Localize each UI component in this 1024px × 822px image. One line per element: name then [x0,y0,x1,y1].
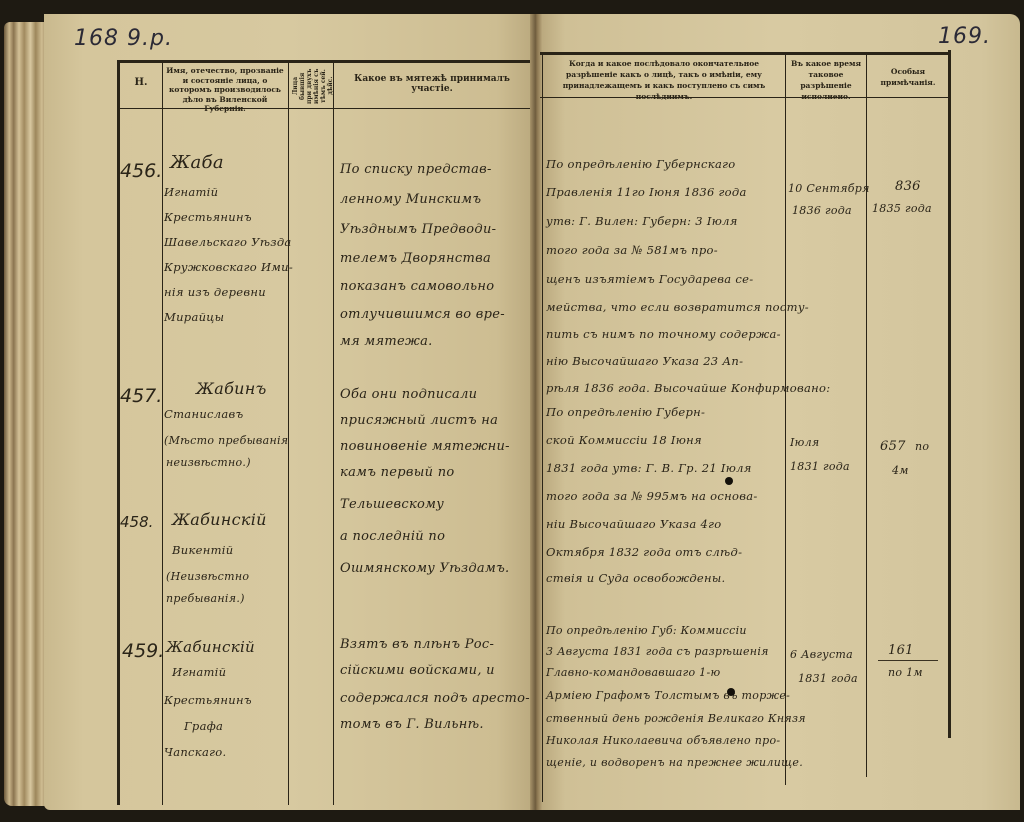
page-edges [4,22,48,806]
entry-number: 456. [120,160,162,182]
participation-line: Уѣзднымъ Предводи- [340,215,496,245]
participation-line: а последній по [340,522,445,552]
entry-name-line: Чапскаго. [164,740,226,765]
entry-number: 457. [120,385,162,407]
entry-name-line: неизвѣстно.) [166,452,251,473]
header-top-rule-right [540,52,950,55]
participation-line: ленному Минскимъ [340,185,481,215]
entry-name-line: Викентій [172,538,234,563]
paper-hole [725,477,733,485]
header-executed: Въ какое время таковое разрѣшеніе исполн… [787,58,865,102]
participation-line: мя мятежа. [340,327,433,357]
resolution-line: ніи Высочайшаго Указа 4го [546,512,721,537]
participation-line: сійскими войсками, и [340,656,495,686]
entry-name-line: Игнатій [172,660,226,685]
participation-line: телемъ Дворянства [340,244,491,274]
entry-name-line: Игнатій [164,180,218,205]
header-name: Имя, отечество, прозваніе и состояніе ли… [164,66,286,114]
resolution-line: 3 Августа 1831 года съ разрѣшенія [546,641,769,662]
executed-line: 1831 года [790,456,850,477]
notes-suffix: по [915,436,929,457]
col-rule-vertical [333,63,334,805]
entry-name-line: Станиславъ [164,402,244,427]
col-rule-executed [866,55,867,777]
resolution-line: нію Высочайшаго Указа 23 Ап- [546,349,743,374]
resolution-line: утв: Г. Вилен: Губерн: 3 Іюля [546,209,738,234]
right-border-rule [948,50,951,738]
executed-line: 1836 года [792,200,852,221]
right-page-number: 169. [938,24,991,49]
header-notes: Особыя примѣчанія. [868,66,948,88]
participation-line: томъ въ Г. Вильнѣ. [340,710,484,740]
left-page-number: 168 9.р. [74,26,173,51]
header-resolution: Когда и какое послѣдовало окончательное … [544,58,784,102]
entry-number: 459. [122,640,164,662]
entry-name-line: (Неизвѣстно [166,566,249,587]
header-participation: Какое въ мятежѣ принималъ участіе. [336,74,528,94]
resolution-line: По опредѣленію Губ: Коммиссіи [546,620,747,641]
notes-bottom: по 1м [888,662,923,683]
resolution-line: того года за № 581мъ про- [546,238,718,263]
entry-name-line: Графа [184,714,223,739]
resolution-line: пить съ нимъ по точному содержа- [546,322,781,347]
notes-bottom: 1835 года [872,198,932,219]
resolution-line: мейства, что если возвратится посту- [546,295,809,320]
participation-line: показанъ самовольно [340,272,494,302]
resolution-line: Николая Николаевича объявлено про- [546,730,780,751]
participation-line: отлучившимся во вре- [340,300,505,330]
executed-line: 10 Сентября [788,178,870,199]
notes-top: 836 [895,176,921,197]
entry-surname: Жабинскій [172,505,267,535]
entry-name-line: Кружковскаго Ими- [164,255,293,280]
entry-name-line: Крестьянинъ [164,688,252,713]
entry-name-line: (Мѣсто пребыванія [164,430,288,451]
notes-bottom: 4м [892,460,909,481]
participation-line: Ошмянскому Уѣздамъ. [340,554,509,584]
resolution-line: ствія и Суда освобождены. [546,566,726,591]
participation-line: По списку представ- [340,155,492,185]
resolution-line: рѣля 1836 года. Высочайше Конфирмовано: [546,376,830,401]
entry-name-line: нія изъ деревни [164,280,266,305]
entry-name-line: Крестьянинъ [164,205,252,230]
fraction-line [878,660,938,661]
resolution-line: ственный день рожденія Великаго Князя [546,708,806,729]
resolution-line: ской Коммиссіи 18 Іюня [546,428,702,453]
entry-surname: Жаба [170,148,224,178]
entry-name-line: пребыванія.) [166,588,245,609]
resolution-line: щеніе, и водворенъ на прежнее жилище. [546,752,803,773]
participation-line: Тельшевскому [340,490,444,520]
header-vertical: Лица бывшія при двухъ имѣнія съ тѣмъ сей… [292,66,332,106]
entry-name-line: Мирайцы [164,305,224,330]
resolution-line: Арміею Графомъ Толстымъ въ торже- [546,685,790,706]
paper-hole [727,688,735,696]
col-rule-resolution [785,55,786,785]
header-top-rule-left [117,60,530,63]
col-rule-gutter [542,52,543,802]
resolution-line: 1831 года утв: Г. В. Гр. 21 Іюля [546,456,752,481]
entry-number: 458. [120,513,153,531]
executed-line: 6 Августа [790,644,853,665]
notes-top: 657 [880,436,906,457]
resolution-line: По опредѣленію Губернскаго [546,152,735,177]
entry-name-line: Шавельскаго Уѣзда [164,230,292,255]
executed-line: 1831 года [798,668,858,689]
resolution-line: того года за № 995мъ на основа- [546,484,758,509]
resolution-line: По опредѣленію Губерн- [546,400,705,425]
resolution-line: щенъ изъятіемъ Государева се- [546,267,753,292]
resolution-line: Главно-командовавшаго 1-ю [546,662,720,683]
participation-line: камъ первый по [340,458,455,488]
resolution-line: Октября 1832 года отъ слѣд- [546,540,742,565]
resolution-line: Правленія 11го Іюня 1836 года [546,180,747,205]
book-gutter [530,14,542,810]
executed-line: Іюля [790,432,820,453]
entry-surname: Жабинъ [196,374,267,404]
header-number: Н. [120,78,162,88]
entry-surname: Жабинскій [166,632,255,662]
notes-top: 161 [888,640,914,661]
